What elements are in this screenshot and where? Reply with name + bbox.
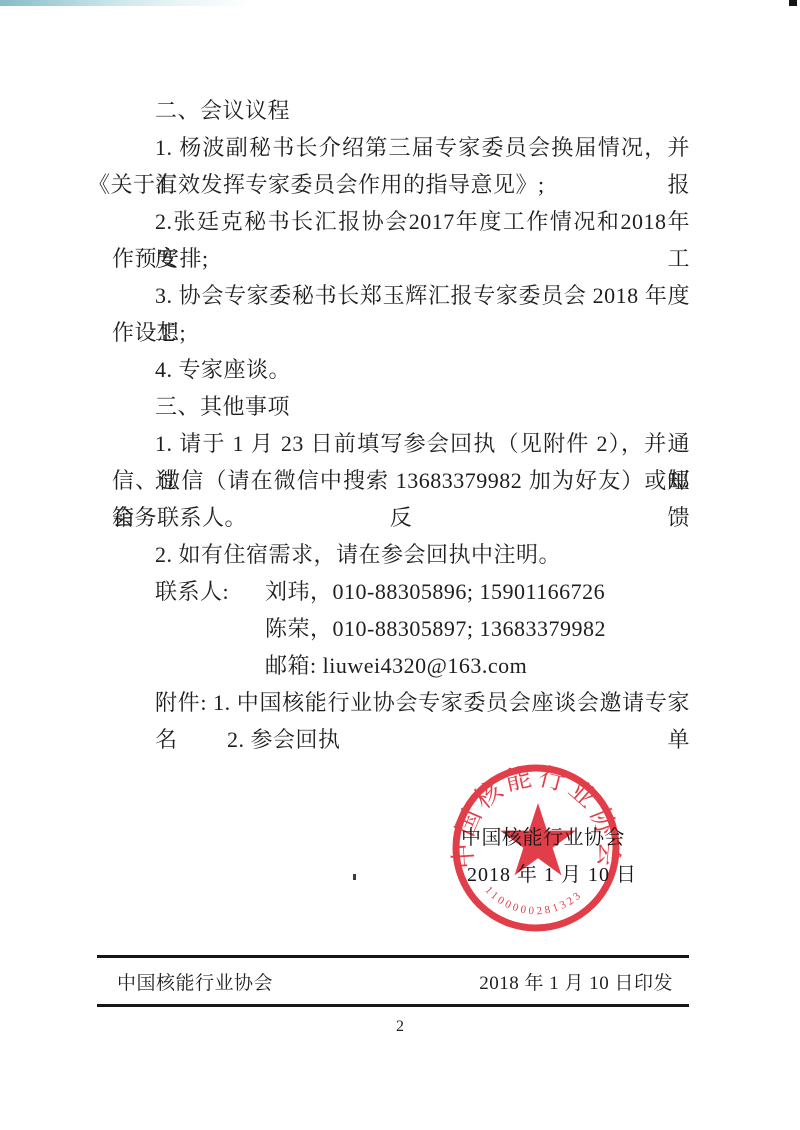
contact-line: 联系人:刘玮，010-88305896; 15901166726 bbox=[155, 573, 800, 610]
scan-dot-artifact bbox=[353, 874, 356, 880]
body-line: 作设想; bbox=[112, 314, 800, 351]
footer-organization: 中国核能行业协会 bbox=[117, 968, 273, 995]
closing-date: 2018 年 1 月 10 日 bbox=[467, 858, 637, 887]
closing-organization: 中国核能行业协会 bbox=[461, 821, 625, 850]
section-heading: 三、其他事项 bbox=[155, 388, 800, 425]
document-body: 二、会议议程 1. 杨波副秘书长介绍第三届专家委员会换届情况，并汇报 《关于有效… bbox=[0, 92, 800, 758]
footer-rule-bottom bbox=[97, 1004, 689, 1007]
body-line: 信、微信（请在微信中搜索 13683379982 加为好友）或邮箱反馈 bbox=[112, 462, 690, 499]
scanned-document-page: 二、会议议程 1. 杨波副秘书长介绍第三届专家委员会换届情况，并汇报 《关于有效… bbox=[0, 0, 800, 1130]
body-line: 《关于有效发挥专家委员会作用的指导意见》; bbox=[88, 166, 800, 203]
contact-value: 刘玮，010-88305896; 15901166726 bbox=[265, 579, 605, 604]
seal-serial-number: 1100000281323 bbox=[482, 884, 585, 917]
body-line: 4. 专家座谈。 bbox=[155, 351, 800, 388]
attachment-line: 附件: 1. 中国核能行业协会专家委员会座谈会邀请专家名单 bbox=[155, 684, 690, 721]
body-line: 2.张廷克秘书长汇报协会2017年度工作情况和2018年度工 bbox=[155, 203, 690, 240]
scan-mark-top-right bbox=[789, 0, 797, 6]
body-line: 3. 协会专家委秘书长郑玉辉汇报专家委员会 2018 年度工 bbox=[155, 277, 690, 314]
body-line: 1. 杨波副秘书长介绍第三届专家委员会换届情况，并汇报 bbox=[155, 129, 690, 166]
contact-email-line: 邮箱: liuwei4320@163.com bbox=[265, 647, 800, 684]
page-number: 2 bbox=[0, 1018, 800, 1036]
body-line: 2. 如有住宿需求，请在参会回执中注明。 bbox=[155, 536, 800, 573]
contact-label: 联系人: bbox=[155, 573, 265, 610]
footer-issue-date: 2018 年 1 月 10 日印发 bbox=[479, 968, 673, 995]
contact-line: 陈荣，010-88305897; 13683379982 bbox=[265, 610, 800, 647]
footer-issue-block: 中国核能行业协会 2018 年 1 月 10 日印发 bbox=[97, 955, 689, 1007]
scan-smudge-top-left bbox=[0, 0, 252, 6]
body-line: 1. 请于 1 月 23 日前填写参会回执（见附件 2），并通过短 bbox=[155, 425, 690, 462]
section-heading: 二、会议议程 bbox=[155, 92, 800, 129]
